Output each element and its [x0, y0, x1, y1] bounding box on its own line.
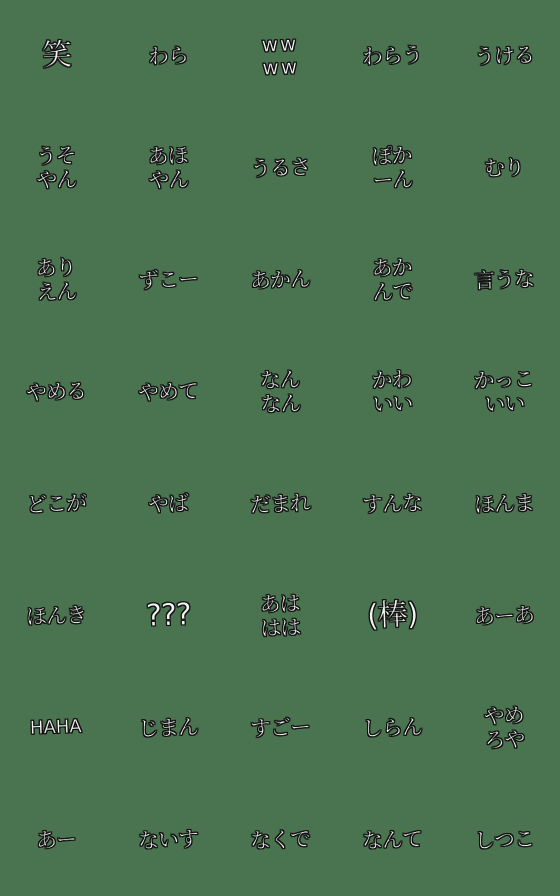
sticker-label: すんな [362, 491, 423, 517]
sticker-label: HAHA [30, 717, 82, 739]
sticker-urusa[interactable]: うるさ [224, 112, 336, 224]
sticker-yameru[interactable]: やめる [0, 336, 112, 448]
sticker-label: やめる [26, 379, 87, 405]
sticker-label: かっこ いい [473, 367, 535, 417]
sticker-label: すごー [250, 715, 311, 741]
sticker-label: あー [36, 827, 77, 853]
sticker-sunna[interactable]: すんな [336, 448, 448, 560]
sticker-label: あは はは [259, 591, 301, 641]
sticker-label: しらん [362, 715, 423, 741]
sticker-muri[interactable]: むり [448, 112, 560, 224]
sticker-label: やめて [138, 379, 199, 405]
sticker-label: わらう [362, 43, 423, 69]
sticker-aaa[interactable]: あーあ [448, 560, 560, 672]
sticker-label: うける [474, 43, 535, 69]
sticker-jiman[interactable]: じまん [112, 672, 224, 784]
sticker-nakude[interactable]: なくで [224, 784, 336, 896]
sticker-label: うるさ [250, 155, 311, 181]
sticker-ukeru[interactable]: うける [448, 0, 560, 112]
sticker-haha[interactable]: HAHA [0, 672, 112, 784]
sticker-label: だまれ [250, 491, 311, 517]
sticker-iuna[interactable]: 言うな [448, 224, 560, 336]
sticker-label: やめ ろや [483, 703, 525, 753]
sticker-label: しつこ [474, 827, 535, 853]
sticker-dokoga[interactable]: どこが [0, 448, 112, 560]
sticker-question-marks[interactable]: ??? [112, 560, 224, 672]
sticker-yamete[interactable]: やめて [112, 336, 224, 448]
sticker-ahahaha[interactable]: あは はは [224, 560, 336, 672]
sticker-yameroya[interactable]: やめ ろや [448, 672, 560, 784]
sticker-label: ずこー [138, 267, 199, 293]
sticker-shitsuko[interactable]: しつこ [448, 784, 560, 896]
sticker-label: うそ やん [35, 143, 77, 193]
sticker-wara[interactable]: わら [112, 0, 224, 112]
sticker-label: なんて [362, 827, 423, 853]
sticker-kawaii[interactable]: かわ いい [336, 336, 448, 448]
sticker-label: やば [148, 491, 189, 517]
sticker-naisu[interactable]: ないす [112, 784, 224, 896]
sticker-warai[interactable]: 笑 [0, 0, 112, 112]
sticker-label: なん なん [259, 367, 301, 417]
sticker-label: ww ww [261, 32, 299, 79]
sticker-label: あかん [250, 267, 311, 293]
sticker-grid: 笑 わら ww ww わらう うける うそ やん あほ やん うるさ ぽか ーん… [0, 0, 560, 896]
sticker-warau[interactable]: わらう [336, 0, 448, 112]
sticker-label: 笑 [41, 38, 71, 73]
sticker-label: あり えん [35, 255, 77, 305]
sticker-label: なくで [250, 827, 311, 853]
sticker-akande[interactable]: あか んで [336, 224, 448, 336]
sticker-honma[interactable]: ほんま [448, 448, 560, 560]
sticker-pokan[interactable]: ぽか ーん [336, 112, 448, 224]
sticker-label: ないす [138, 827, 199, 853]
sticker-label: 言うな [474, 267, 535, 293]
sticker-label: どこが [26, 491, 87, 517]
sticker-label: ほんき [26, 603, 87, 629]
sticker-damare[interactable]: だまれ [224, 448, 336, 560]
sticker-sugo[interactable]: すごー [224, 672, 336, 784]
sticker-label: かわ いい [371, 367, 413, 417]
sticker-label: あほ やん [147, 143, 189, 193]
sticker-honki[interactable]: ほんき [0, 560, 112, 672]
sticker-aa[interactable]: あー [0, 784, 112, 896]
sticker-label: あか んで [371, 255, 413, 305]
sticker-label: (棒) [366, 598, 418, 634]
sticker-www[interactable]: ww ww [224, 0, 336, 112]
sticker-ahoyan[interactable]: あほ やん [112, 112, 224, 224]
sticker-label: ぽか ーん [371, 143, 413, 193]
sticker-bou[interactable]: (棒) [336, 560, 448, 672]
sticker-kakkoii[interactable]: かっこ いい [448, 336, 560, 448]
sticker-label: わら [148, 43, 189, 69]
sticker-zuko[interactable]: ずこー [112, 224, 224, 336]
sticker-label: むり [484, 155, 525, 181]
sticker-nante[interactable]: なんて [336, 784, 448, 896]
sticker-label: ??? [145, 598, 191, 634]
sticker-yaba[interactable]: やば [112, 448, 224, 560]
sticker-label: じまん [138, 715, 199, 741]
sticker-usoyan[interactable]: うそ やん [0, 112, 112, 224]
sticker-label: あーあ [474, 603, 535, 629]
sticker-shiran[interactable]: しらん [336, 672, 448, 784]
sticker-arien[interactable]: あり えん [0, 224, 112, 336]
sticker-label: ほんま [474, 491, 535, 517]
sticker-akan[interactable]: あかん [224, 224, 336, 336]
sticker-nannan[interactable]: なん なん [224, 336, 336, 448]
